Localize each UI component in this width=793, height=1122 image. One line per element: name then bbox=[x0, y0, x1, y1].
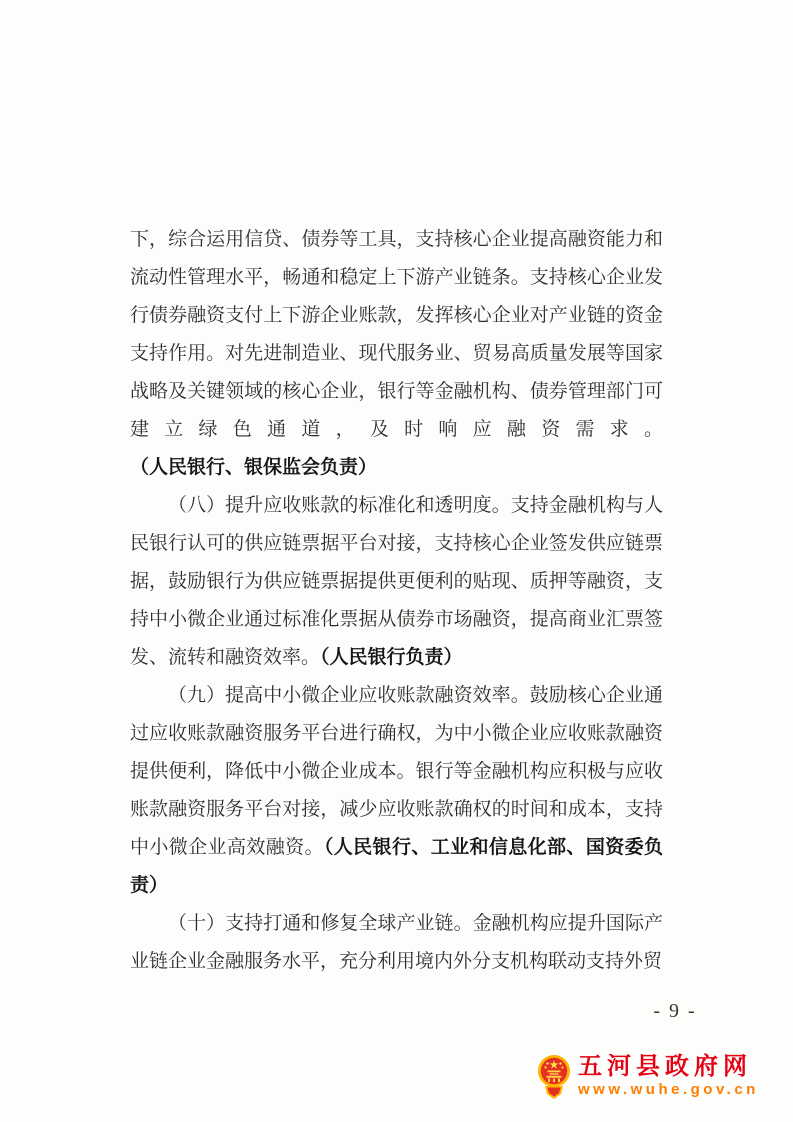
watermark-text: 五河县政府网 www.wuhe.gov.cn bbox=[578, 1054, 759, 1098]
paragraph: 下，综合运用信贷、债券等工具，支持核心企业提高融资能力和流动性管理水平，畅通和稳… bbox=[130, 221, 663, 487]
paragraph-text: （八）提升应收账款的标准化和透明度。支持金融机构与人民银行认可的供应链票据平台对… bbox=[130, 495, 663, 668]
scanned-document-page: 下，综合运用信贷、债券等工具，支持核心企业提高融资能力和流动性管理水平，畅通和稳… bbox=[0, 0, 793, 1122]
page-number: - 9 - bbox=[630, 1000, 720, 1023]
responsible-agency-note: （人民银行、银保监会负责） bbox=[130, 457, 377, 478]
responsible-agency-note: （人民银行负责） bbox=[320, 647, 463, 668]
site-url: www.wuhe.gov.cn bbox=[578, 1081, 759, 1098]
paragraph: （十）支持打通和修复全球产业链。金融机构应提升国际产业链企业金融服务水平，充分利… bbox=[130, 905, 663, 981]
site-name: 五河县政府网 bbox=[578, 1054, 759, 1081]
paragraph-text: 下，综合运用信贷、债券等工具，支持核心企业提高融资能力和流动性管理水平，畅通和稳… bbox=[130, 229, 663, 440]
paragraph-text: （十）支持打通和修复全球产业链。金融机构应提升国际产业链企业金融服务水平，充分利… bbox=[130, 913, 663, 972]
document-body: 下，综合运用信贷、债券等工具，支持核心企业提高融资能力和流动性管理水平，畅通和稳… bbox=[130, 221, 663, 981]
paragraph-text: （九）提高中小微企业应收账款融资效率。鼓励核心企业通过应收账款融资服务平台进行确… bbox=[130, 685, 663, 858]
site-watermark: 五河县政府网 www.wuhe.gov.cn bbox=[537, 1054, 759, 1104]
paragraph: （八）提升应收账款的标准化和透明度。支持金融机构与人民银行认可的供应链票据平台对… bbox=[130, 487, 663, 677]
national-emblem-icon bbox=[537, 1054, 571, 1104]
paragraph: （九）提高中小微企业应收账款融资效率。鼓励核心企业通过应收账款融资服务平台进行确… bbox=[130, 677, 663, 905]
